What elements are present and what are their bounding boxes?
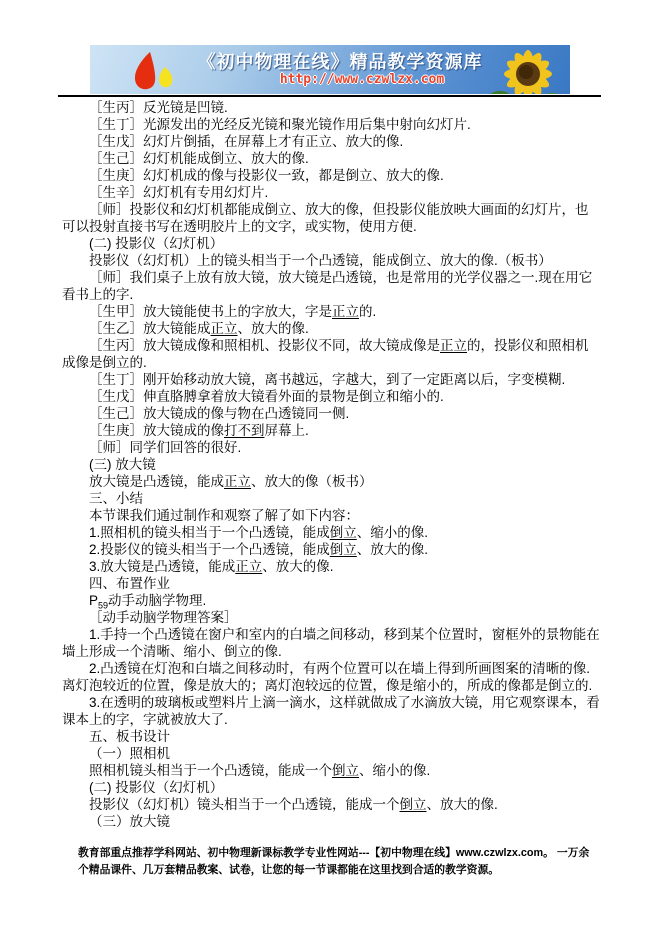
paragraph: P59动手动脑学物理. (62, 592, 601, 609)
document-page: 《初中物理在线》精品教学资源库 http://www.czwlzx.com ［生… (0, 0, 661, 936)
paragraph: 投影仪（幻灯机）镜头相当于一个凸透镜，能成一个倒立、放大的像. (62, 796, 601, 813)
paragraph: ［生戊］伸直胳膊拿着放大镜看外面的景物是倒立和缩小的. (62, 388, 601, 405)
paragraph: 1.手持一个凸透镜在窗户和室内的白墙之间移动，移到某个位置时，窗框外的景物能在墙… (62, 626, 601, 660)
banner-text-block: 《初中物理在线》精品教学资源库 http://www.czwlzx.com (190, 47, 490, 92)
document-body: ［生丙］反光镜是凹镜.［生丁］光源发出的光经反光镜和聚光镜作用后集中射向幻灯片.… (62, 99, 601, 830)
paragraph: ［动手动脑学物理答案］ (62, 609, 601, 626)
paragraph: ［生丙］反光镜是凹镜. (62, 99, 601, 116)
paragraph: 3.在透明的玻璃板或塑料片上滴一滴水，这样就做成了水滴放大镜，用它观察课本，看课… (62, 694, 601, 728)
paragraph: (三) 放大镜 (62, 456, 601, 473)
footer-note: 教育部重点推荐学科网站、初中物理新课标教学专业性网站---【初中物理在线】www… (78, 845, 592, 879)
paragraph: 2.投影仪的镜头相当于一个凸透镜，能成倒立、放大的像. (62, 541, 601, 558)
paragraph: (二) 投影仪（幻灯机） (62, 779, 601, 796)
paragraph: ［生乙］放大镜能成正立、放大的像. (62, 320, 601, 337)
paragraph: 2.凸透镜在灯泡和白墙之间移动时，有两个位置可以在墙上得到所画图案的清晰的像.离… (62, 660, 601, 694)
site-title: 《初中物理在线》精品教学资源库 (198, 52, 483, 72)
paragraph: 3.放大镜是凸透镜，能成正立、放大的像. (62, 558, 601, 575)
paragraph: (二) 投影仪（幻灯机） (62, 235, 601, 252)
paragraph: 放大镜是凸透镜，能成正立、放大的像（板书） (62, 473, 601, 490)
site-url-link[interactable]: http://www.czwlzx.com (280, 72, 444, 87)
paragraph: ［生辛］幻灯机有专用幻灯片. (62, 184, 601, 201)
paragraph: 四、布置作业 (62, 575, 601, 592)
paragraph: ［生丁］光源发出的光经反光镜和聚光镜作用后集中射向幻灯片. (62, 116, 601, 133)
sunflower-icon (482, 45, 570, 94)
paragraph: ［生戊］幻灯片倒插，在屏幕上才有正立、放大的像. (62, 133, 601, 150)
paragraph: ［师］我们桌子上放有放大镜，放大镜是凸透镜，也是常用的光学仪器之一.现在用它看书… (62, 269, 601, 303)
paragraph: （三）放大镜 (62, 813, 601, 830)
paragraph: 本节课我们通过制作和观察了解了如下内容： (62, 507, 601, 524)
paragraph: ［生己］幻灯机能成倒立、放大的像. (62, 150, 601, 167)
paragraph: 照相机镜头相当于一个凸透镜，能成一个倒立、缩小的像. (62, 762, 601, 779)
header-banner: 《初中物理在线》精品教学资源库 http://www.czwlzx.com (90, 45, 570, 94)
paragraph: （一）照相机 (62, 745, 601, 762)
paragraph: ［师］投影仪和幻灯机都能成倒立、放大的像，但投影仪能放映大画面的幻灯片，也可以投… (62, 201, 601, 235)
header-divider (58, 95, 601, 97)
paragraph: 三、小结 (62, 490, 601, 507)
paragraph: ［生庚］放大镜成的像打不到屏幕上. (62, 422, 601, 439)
paragraph: ［生庚］幻灯机成的像与投影仪一致，都是倒立、放大的像. (62, 167, 601, 184)
paragraph: 1.照相机的镜头相当于一个凸透镜，能成倒立、缩小的像. (62, 524, 601, 541)
paragraph: ［生己］放大镜成的像与物在凸透镜同一侧. (62, 405, 601, 422)
paragraph: ［师］同学们回答的很好. (62, 439, 601, 456)
paragraph: ［生丙］放大镜成像和照相机、投影仪不同，故大镜成像是正立的，投影仪和照相机成像是… (62, 337, 601, 371)
paragraph: ［生丁］刚开始移动放大镜，离书越远，字越大，到了一定距离以后，字变模糊. (62, 371, 601, 388)
paragraph: ［生甲］放大镜能使书上的字放大，字是正立的. (62, 303, 601, 320)
flame-logo-icon (126, 51, 188, 91)
paragraph: 五、板书设计 (62, 728, 601, 745)
paragraph: 投影仪（幻灯机）上的镜头相当于一个凸透镜，能成倒立、放大的像.（板书） (62, 252, 601, 269)
